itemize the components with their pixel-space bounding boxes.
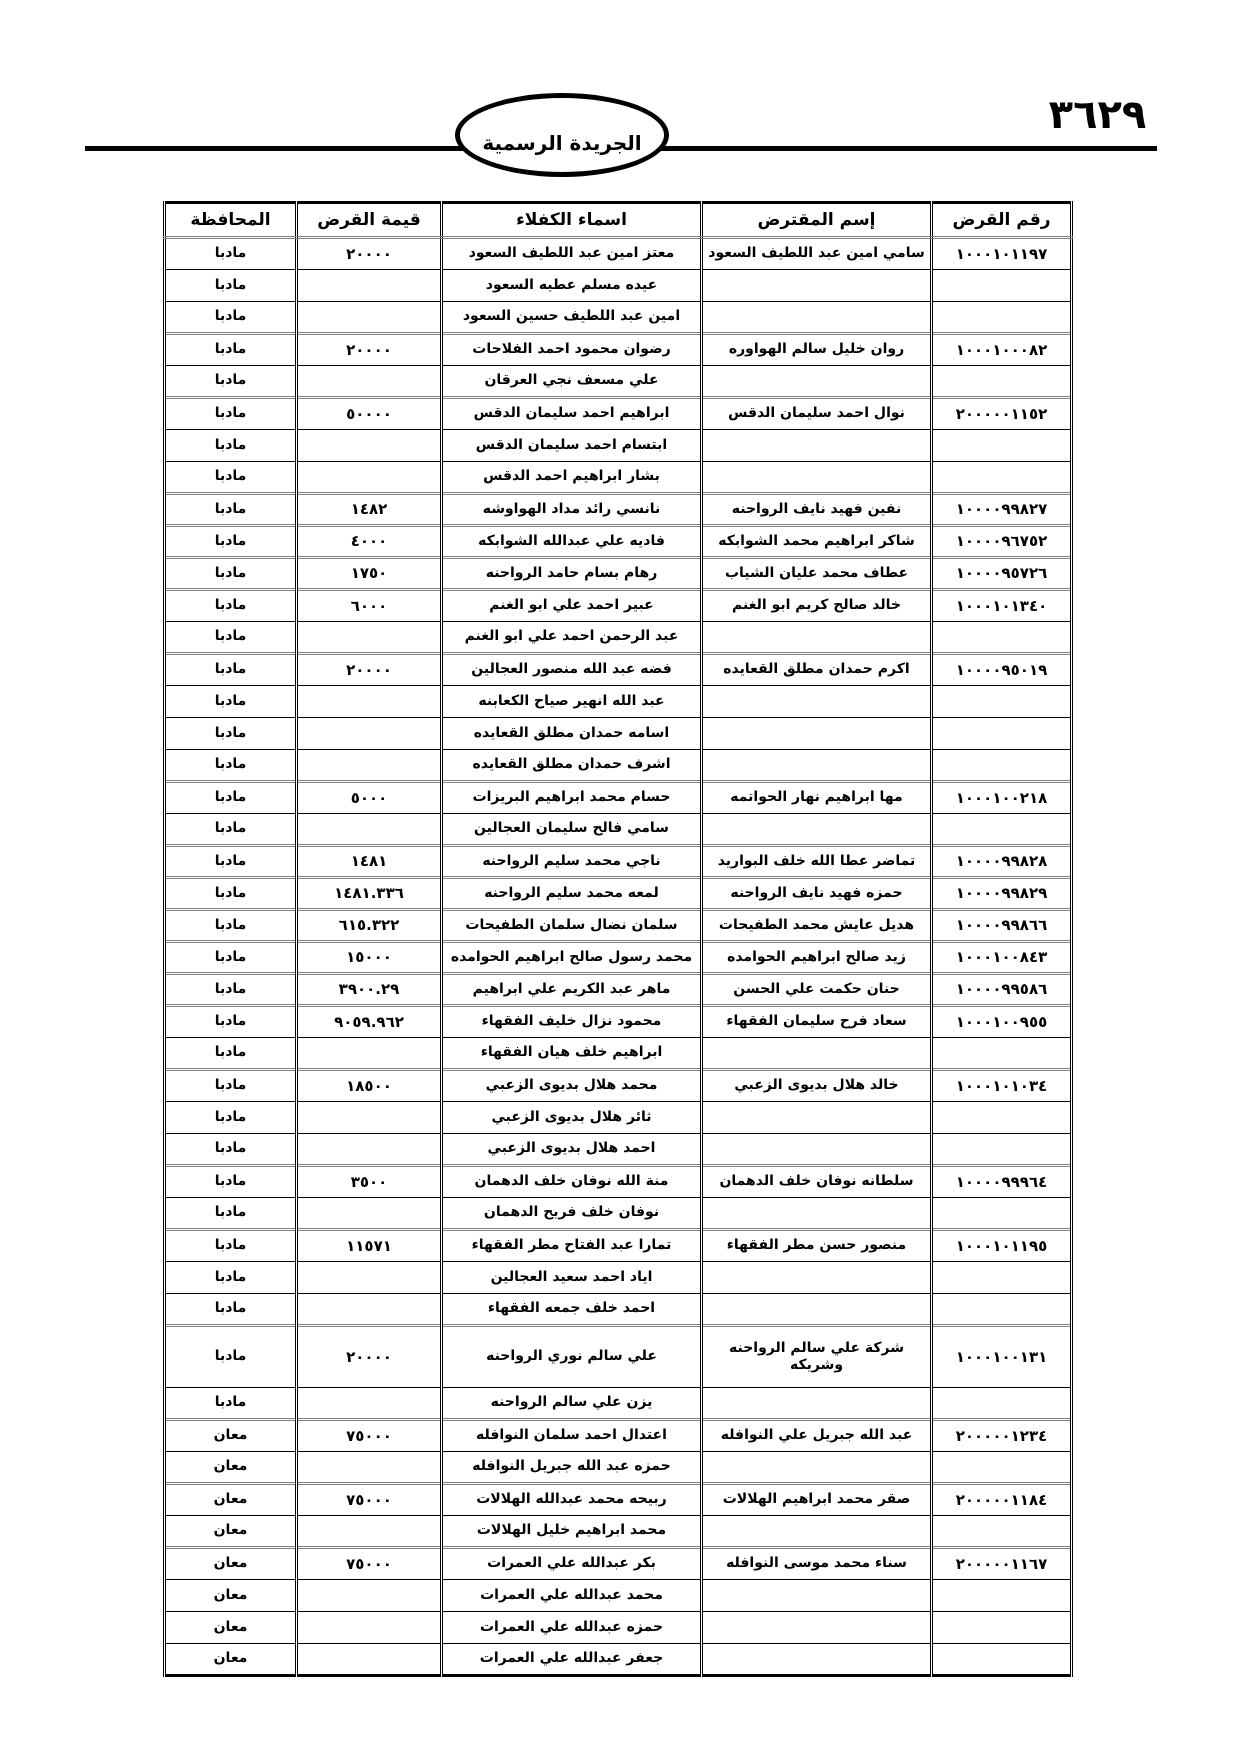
governorate-cell: معان (165, 1548, 297, 1580)
borrower-name-cell: سلطانه نوفان خلف الدهمان (702, 1166, 932, 1198)
loan-amount-cell: ٩٠٥٩.٩٦٢ (297, 1006, 442, 1038)
loan-amount-cell: ٦٠٠٠ (297, 590, 442, 622)
guarantor-name-cell: سامي فالح سليمان العجالين (442, 814, 702, 846)
gazette-page: ٣٦٢٩ الجريدة الرسمية رقم القرض إسم المقت… (0, 0, 1241, 1754)
table-row: ١٠٠٠١٠٠٠٨٢ روان خليل سالم الهواوره رضوان… (165, 334, 1072, 366)
borrower-name-cell (702, 430, 932, 462)
loan-amount-cell (297, 1388, 442, 1420)
table-row: ١٠٠٠٠٩٩٨٦٦ هديل عايش محمد الطفيحات سلمان… (165, 910, 1072, 942)
table-row: ٢٠٠٠٠٠١٢٣٤ عبد الله جبريل علي النوافله ا… (165, 1420, 1072, 1452)
borrower-name-cell (702, 718, 932, 750)
borrower-name-cell: حمزه فهيد نايف الرواحنه (702, 878, 932, 910)
loan-amount-cell (297, 1102, 442, 1134)
governorate-cell: مادبا (165, 1294, 297, 1326)
guarantor-name-cell: منة الله نوفان خلف الدهمان (442, 1166, 702, 1198)
loan-number-cell: ١٠٠٠١٠١١٩٧ (932, 238, 1072, 270)
guarantor-name-cell: محمد رسول صالح ابراهيم الحوامده (442, 942, 702, 974)
governorate-cell: مادبا (165, 1134, 297, 1166)
guarantor-name-cell: محمود نزال خليف الفقهاء (442, 1006, 702, 1038)
guarantor-name-cell: محمد هلال بديوى الزعبي (442, 1070, 702, 1102)
header-row: رقم القرض إسم المقترض اسماء الكفلاء قيمة… (165, 203, 1072, 238)
governorate-cell: مادبا (165, 1006, 297, 1038)
guarantor-name-cell: تمارا عبد الفتاح مطر الفقهاء (442, 1230, 702, 1262)
borrower-name-cell (702, 1198, 932, 1230)
borrower-name-cell (702, 1580, 932, 1612)
borrower-name-cell: تماضر عطا الله خلف البواريد (702, 846, 932, 878)
loan-number-cell (932, 1198, 1072, 1230)
table-row: ١٠٠٠١٠٠٨٤٣ زيد صالح ابراهيم الحوامده محم… (165, 942, 1072, 974)
loan-number-cell: ١٠٠٠١٠٠٢١٨ (932, 782, 1072, 814)
borrower-name-cell (702, 1038, 932, 1070)
table-row: محمد ابراهيم خليل الهلالات معان (165, 1516, 1072, 1548)
borrower-name-cell: سامي امين عبد اللطيف السعود (702, 238, 932, 270)
loan-amount-cell: ٤٠٠٠ (297, 526, 442, 558)
loan-amount-cell: ١٤٨١ (297, 846, 442, 878)
loan-amount-cell: ٧٥٠٠٠ (297, 1548, 442, 1580)
guarantor-name-cell: عبد الرحمن احمد علي ابو الغنم (442, 622, 702, 654)
loan-amount-cell: ٢٠٠٠٠ (297, 1326, 442, 1388)
table-row: ١٠٠٠١٠١١٩٧ سامي امين عبد اللطيف السعود م… (165, 238, 1072, 270)
loan-number-cell (932, 430, 1072, 462)
guarantor-name-cell: عبير احمد علي ابو الغنم (442, 590, 702, 622)
loan-number-cell: ١٠٠٠٠٩٩٨٦٦ (932, 910, 1072, 942)
borrower-name-cell: سناء محمد موسى النوافله (702, 1548, 932, 1580)
governorate-cell: مادبا (165, 974, 297, 1006)
guarantor-name-cell: حسام محمد ابراهيم البريزات (442, 782, 702, 814)
loan-number-cell (932, 1516, 1072, 1548)
table-row: ٢٠٠٠٠٠١١٦٧ سناء محمد موسى النوافله بكر ع… (165, 1548, 1072, 1580)
loan-number-cell (932, 1580, 1072, 1612)
guarantor-name-cell: ابراهيم خلف هيان الفقهاء (442, 1038, 702, 1070)
guarantor-name-cell: جعفر عبدالله علي العمرات (442, 1644, 702, 1676)
governorate-cell: مادبا (165, 1038, 297, 1070)
loan-number-cell: ١٠٠٠١٠٠٠٨٢ (932, 334, 1072, 366)
borrower-name-cell (702, 1262, 932, 1294)
borrower-name-cell: زيد صالح ابراهيم الحوامده (702, 942, 932, 974)
borrower-name-cell: خالد صالح كريم ابو الغنم (702, 590, 932, 622)
table-row: اسامه حمدان مطلق القعايده مادبا (165, 718, 1072, 750)
borrower-name-cell: شاكر ابراهيم محمد الشوابكه (702, 526, 932, 558)
loan-number-cell: ١٠٠٠١٠٠١٣١ (932, 1326, 1072, 1388)
borrower-name-cell (702, 1516, 932, 1548)
table-row: اياد احمد سعيد العجالين مادبا (165, 1262, 1072, 1294)
loan-amount-cell: ١٧٥٠ (297, 558, 442, 590)
table-row: ١٠٠٠٠٩٩٨٢٧ نفين فهيد نايف الرواحنه نانسي… (165, 494, 1072, 526)
borrower-name-cell (702, 1294, 932, 1326)
loan-number-cell: ٢٠٠٠٠٠١٢٣٤ (932, 1420, 1072, 1452)
governorate-cell: مادبا (165, 718, 297, 750)
borrower-name-cell (702, 462, 932, 494)
governorate-cell: مادبا (165, 398, 297, 430)
governorate-cell: مادبا (165, 814, 297, 846)
table-row: علي مسعف نجي العرقان مادبا (165, 366, 1072, 398)
borrower-name-cell: عبد الله جبريل علي النوافله (702, 1420, 932, 1452)
guarantor-name-cell: لمعه محمد سليم الرواحنه (442, 878, 702, 910)
table-row: ١٠٠٠١٠٠٩٥٥ سعاد فرح سليمان الفقهاء محمود… (165, 1006, 1072, 1038)
guarantor-name-cell: اياد احمد سعيد العجالين (442, 1262, 702, 1294)
borrower-name-cell: هديل عايش محمد الطفيحات (702, 910, 932, 942)
col-header-guarantor-names: اسماء الكفلاء (442, 203, 702, 238)
governorate-cell: مادبا (165, 526, 297, 558)
loan-number-cell (932, 1612, 1072, 1644)
loan-amount-cell (297, 462, 442, 494)
table-row: ١٠٠٠٠٩٥٧٢٦ عطاف محمد عليان الشياب رهام ب… (165, 558, 1072, 590)
borrower-name-cell (702, 622, 932, 654)
guarantor-name-cell: احمد خلف جمعه الفقهاء (442, 1294, 702, 1326)
loan-number-cell (932, 366, 1072, 398)
governorate-cell: مادبا (165, 1326, 297, 1388)
table-row: احمد هلال بديوى الزعبي مادبا (165, 1134, 1072, 1166)
table-row: ١٠٠٠٠٩٥٠١٩ اكرم حمدان مطلق القعايده فضه … (165, 654, 1072, 686)
loan-number-cell: ١٠٠٠١٠١٣٤٠ (932, 590, 1072, 622)
governorate-cell: مادبا (165, 270, 297, 302)
borrower-name-cell (702, 270, 932, 302)
table-row: ابراهيم خلف هيان الفقهاء مادبا (165, 1038, 1072, 1070)
table-row: ١٠٠٠٠٩٩٨٢٩ حمزه فهيد نايف الرواحنه لمعه … (165, 878, 1072, 910)
governorate-cell: مادبا (165, 654, 297, 686)
loan-amount-cell (297, 1198, 442, 1230)
loan-number-cell: ١٠٠٠١٠١١٩٥ (932, 1230, 1072, 1262)
loan-number-cell: ١٠٠٠١٠١٠٣٤ (932, 1070, 1072, 1102)
guarantor-name-cell: فاديه علي عبدالله الشوابكه (442, 526, 702, 558)
governorate-cell: مادبا (165, 302, 297, 334)
guarantor-name-cell: سلمان نضال سلمان الطفيحات (442, 910, 702, 942)
guarantor-name-cell: اعتدال احمد سلمان النوافله (442, 1420, 702, 1452)
page-number: ٣٦٢٩ (1040, 92, 1155, 138)
gazette-title: الجريدة الرسمية (482, 115, 641, 155)
loan-amount-cell: ٣٩٠٠.٢٩ (297, 974, 442, 1006)
loan-amount-cell (297, 1452, 442, 1484)
borrower-name-cell: نوال احمد سليمان الدقس (702, 398, 932, 430)
borrower-name-cell: نفين فهيد نايف الرواحنه (702, 494, 932, 526)
table-row: حمزه عبد الله جبريل النوافله معان (165, 1452, 1072, 1484)
loan-amount-cell: ٧٥٠٠٠ (297, 1420, 442, 1452)
guarantor-name-cell: معتز امين عبد اللطيف السعود (442, 238, 702, 270)
table-row: حمزه عبدالله علي العمرات معان (165, 1612, 1072, 1644)
loan-number-cell (932, 462, 1072, 494)
table-row: عيده مسلم عطيه السعود مادبا (165, 270, 1072, 302)
loan-number-cell (932, 814, 1072, 846)
guarantor-name-cell: يزن علي سالم الرواحنه (442, 1388, 702, 1420)
col-header-loan-amount: قيمة القرض (297, 203, 442, 238)
guarantor-name-cell: محمد عبدالله علي العمرات (442, 1580, 702, 1612)
governorate-cell: مادبا (165, 1262, 297, 1294)
borrower-name-cell: خالد هلال بديوى الزعبي (702, 1070, 932, 1102)
governorate-cell: مادبا (165, 878, 297, 910)
gazette-title-badge: الجريدة الرسمية (455, 93, 669, 177)
loan-number-cell (932, 622, 1072, 654)
table-row: ٢٠٠٠٠٠١١٥٢ نوال احمد سليمان الدقس ابراهي… (165, 398, 1072, 430)
table-row: محمد عبدالله علي العمرات معان (165, 1580, 1072, 1612)
governorate-cell: مادبا (165, 750, 297, 782)
loan-amount-cell (297, 750, 442, 782)
col-header-borrower-name: إسم المقترض (702, 203, 932, 238)
guarantor-name-cell: ثائر هلال بديوى الزعبي (442, 1102, 702, 1134)
governorate-cell: مادبا (165, 558, 297, 590)
governorate-cell: مادبا (165, 622, 297, 654)
guarantor-name-cell: اسامه حمدان مطلق القعايده (442, 718, 702, 750)
table-row: اشرف حمدان مطلق القعايده مادبا (165, 750, 1072, 782)
governorate-cell: مادبا (165, 238, 297, 270)
governorate-cell: معان (165, 1452, 297, 1484)
loan-amount-cell (297, 1516, 442, 1548)
loan-number-cell: ١٠٠٠٠٩٩٥٨٦ (932, 974, 1072, 1006)
table-row: احمد خلف جمعه الفقهاء مادبا (165, 1294, 1072, 1326)
guarantor-name-cell: حمزه عبدالله علي العمرات (442, 1612, 702, 1644)
table-row: ١٠٠٠١٠١٣٤٠ خالد صالح كريم ابو الغنم عبير… (165, 590, 1072, 622)
borrower-name-cell (702, 1452, 932, 1484)
governorate-cell: مادبا (165, 462, 297, 494)
loan-number-cell (932, 750, 1072, 782)
table-row: عبد الرحمن احمد علي ابو الغنم مادبا (165, 622, 1072, 654)
borrower-name-cell (702, 750, 932, 782)
borrower-name-cell (702, 1612, 932, 1644)
borrower-name-cell (702, 814, 932, 846)
guarantor-name-cell: رهام بسام حامد الرواحنه (442, 558, 702, 590)
loan-number-cell (932, 1388, 1072, 1420)
guarantor-name-cell: ابراهيم احمد سليمان الدقس (442, 398, 702, 430)
loan-number-cell (932, 1134, 1072, 1166)
loan-number-cell: ١٠٠٠٠٩٥٠١٩ (932, 654, 1072, 686)
loan-amount-cell (297, 718, 442, 750)
borrower-name-cell: شركة علي سالم الرواحنه وشريكه (702, 1326, 932, 1388)
loan-number-cell: ١٠٠٠١٠٠٩٥٥ (932, 1006, 1072, 1038)
loan-amount-cell (297, 1580, 442, 1612)
governorate-cell: معان (165, 1580, 297, 1612)
loan-amount-cell (297, 1134, 442, 1166)
loan-amount-cell: ٢٠٠٠٠ (297, 334, 442, 366)
governorate-cell: مادبا (165, 1230, 297, 1262)
loan-amount-cell: ١١٥٧١ (297, 1230, 442, 1262)
governorate-cell: مادبا (165, 1166, 297, 1198)
governorate-cell: مادبا (165, 1198, 297, 1230)
loan-number-cell: ١٠٠٠٠٩٩٨٢٧ (932, 494, 1072, 526)
guarantor-name-cell: حمزه عبد الله جبريل النوافله (442, 1452, 702, 1484)
loan-amount-cell: ٥٠٠٠٠ (297, 398, 442, 430)
table-row: ١٠٠٠١٠٠٢١٨ مها ابراهيم نهار الحواتمه حسا… (165, 782, 1072, 814)
guarantor-name-cell: عيده مسلم عطيه السعود (442, 270, 702, 302)
borrower-name-cell (702, 1644, 932, 1676)
borrower-name-cell (702, 1134, 932, 1166)
guarantor-name-cell: بكر عبدالله علي العمرات (442, 1548, 702, 1580)
borrower-name-cell: مها ابراهيم نهار الحواتمه (702, 782, 932, 814)
borrower-name-cell (702, 686, 932, 718)
governorate-cell: معان (165, 1612, 297, 1644)
loan-amount-cell (297, 686, 442, 718)
guarantor-name-cell: رضوان محمود احمد الفلاحات (442, 334, 702, 366)
guarantor-name-cell: ماهر عبد الكريم علي ابراهيم (442, 974, 702, 1006)
table-row: ١٠٠٠١٠٠١٣١ شركة علي سالم الرواحنه وشريكه… (165, 1326, 1072, 1388)
guarantor-name-cell: فضه عبد الله منصور العجالين (442, 654, 702, 686)
loan-number-cell (932, 1644, 1072, 1676)
loan-number-cell: ١٠٠٠٠٩٩٨٢٨ (932, 846, 1072, 878)
loan-amount-cell: ٢٠٠٠٠ (297, 654, 442, 686)
loan-amount-cell (297, 430, 442, 462)
governorate-cell: مادبا (165, 430, 297, 462)
governorate-cell: معان (165, 1644, 297, 1676)
governorate-cell: مادبا (165, 494, 297, 526)
loan-amount-cell: ٢٠٠٠٠ (297, 238, 442, 270)
borrower-name-cell (702, 302, 932, 334)
table-row: ١٠٠٠٠٩٦٧٥٢ شاكر ابراهيم محمد الشوابكه فا… (165, 526, 1072, 558)
governorate-cell: مادبا (165, 1102, 297, 1134)
loan-number-cell: ٢٠٠٠٠٠١١٦٧ (932, 1548, 1072, 1580)
guarantor-name-cell: امين عبد اللطيف حسين السعود (442, 302, 702, 334)
table-row: نوفان خلف فريح الدهمان مادبا (165, 1198, 1072, 1230)
governorate-cell: مادبا (165, 590, 297, 622)
table-row: ١٠٠٠١٠١١٩٥ منصور حسن مطر الفقهاء تمارا ع… (165, 1230, 1072, 1262)
guarantor-name-cell: علي سالم نوري الرواحنه (442, 1326, 702, 1388)
loan-amount-cell: ١٤٨١.٣٣٦ (297, 878, 442, 910)
loan-number-cell: ١٠٠٠٠٩٩٩٦٤ (932, 1166, 1072, 1198)
loan-amount-cell (297, 302, 442, 334)
borrower-name-cell: اكرم حمدان مطلق القعايده (702, 654, 932, 686)
governorate-cell: مادبا (165, 1070, 297, 1102)
borrower-name-cell: عطاف محمد عليان الشياب (702, 558, 932, 590)
loan-amount-cell (297, 1038, 442, 1070)
table-row: ٢٠٠٠٠٠١١٨٤ صقر محمد ابراهيم الهلالات ربي… (165, 1484, 1072, 1516)
loan-number-cell (932, 718, 1072, 750)
col-header-loan-number: رقم القرض (932, 203, 1072, 238)
loan-amount-cell: ٣٥٠٠ (297, 1166, 442, 1198)
guarantor-name-cell: ابتسام احمد سليمان الدقس (442, 430, 702, 462)
guarantor-name-cell: اشرف حمدان مطلق القعايده (442, 750, 702, 782)
loans-table: رقم القرض إسم المقترض اسماء الكفلاء قيمة… (163, 201, 1073, 1677)
governorate-cell: مادبا (165, 334, 297, 366)
loan-number-cell (932, 302, 1072, 334)
loan-amount-cell: ٥٠٠٠ (297, 782, 442, 814)
borrower-name-cell (702, 366, 932, 398)
loan-amount-cell (297, 1644, 442, 1676)
table-row: سامي فالح سليمان العجالين مادبا (165, 814, 1072, 846)
loan-amount-cell: ١٤٨٢ (297, 494, 442, 526)
governorate-cell: مادبا (165, 782, 297, 814)
loan-amount-cell (297, 366, 442, 398)
guarantor-name-cell: محمد ابراهيم خليل الهلالات (442, 1516, 702, 1548)
guarantor-name-cell: نانسي رائد مداد الهواوشه (442, 494, 702, 526)
guarantor-name-cell: بشار ابراهيم احمد الدقس (442, 462, 702, 494)
loan-number-cell: ٢٠٠٠٠٠١١٥٢ (932, 398, 1072, 430)
governorate-cell: مادبا (165, 686, 297, 718)
guarantor-name-cell: ربيحه محمد عبدالله الهلالات (442, 1484, 702, 1516)
loan-number-cell (932, 1262, 1072, 1294)
table-row: عبد الله انهير صياح الكعابنه مادبا (165, 686, 1072, 718)
guarantor-name-cell: ناجي محمد سليم الرواحنه (442, 846, 702, 878)
governorate-cell: معان (165, 1484, 297, 1516)
loan-amount-cell: ١٥٠٠٠ (297, 942, 442, 974)
borrower-name-cell: حنان حكمت علي الحسن (702, 974, 932, 1006)
loan-amount-cell (297, 622, 442, 654)
governorate-cell: مادبا (165, 846, 297, 878)
table-row: جعفر عبدالله علي العمرات معان (165, 1644, 1072, 1676)
governorate-cell: مادبا (165, 1388, 297, 1420)
table-row: يزن علي سالم الرواحنه مادبا (165, 1388, 1072, 1420)
table-row: امين عبد اللطيف حسين السعود مادبا (165, 302, 1072, 334)
governorate-cell: مادبا (165, 910, 297, 942)
table-row: ١٠٠٠٠٩٩٩٦٤ سلطانه نوفان خلف الدهمان منة … (165, 1166, 1072, 1198)
table-row: ١٠٠٠٠٩٩٥٨٦ حنان حكمت علي الحسن ماهر عبد … (165, 974, 1072, 1006)
table-row: ١٠٠٠٠٩٩٨٢٨ تماضر عطا الله خلف البواريد ن… (165, 846, 1072, 878)
governorate-cell: مادبا (165, 942, 297, 974)
loan-number-cell (932, 270, 1072, 302)
table-row: ثائر هلال بديوى الزعبي مادبا (165, 1102, 1072, 1134)
table-row: ١٠٠٠١٠١٠٣٤ خالد هلال بديوى الزعبي محمد ه… (165, 1070, 1072, 1102)
guarantor-name-cell: عبد الله انهير صياح الكعابنه (442, 686, 702, 718)
table-row: بشار ابراهيم احمد الدقس مادبا (165, 462, 1072, 494)
loan-number-cell: ١٠٠٠٠٩٦٧٥٢ (932, 526, 1072, 558)
loan-amount-cell: ٦١٥.٣٢٢ (297, 910, 442, 942)
loan-number-cell (932, 686, 1072, 718)
guarantor-name-cell: علي مسعف نجي العرقان (442, 366, 702, 398)
loan-number-cell (932, 1452, 1072, 1484)
loan-amount-cell (297, 1294, 442, 1326)
loan-number-cell: ١٠٠٠١٠٠٨٤٣ (932, 942, 1072, 974)
governorate-cell: معان (165, 1516, 297, 1548)
loans-table-body: ١٠٠٠١٠١١٩٧ سامي امين عبد اللطيف السعود م… (165, 238, 1072, 1676)
governorate-cell: معان (165, 1420, 297, 1452)
loan-number-cell (932, 1294, 1072, 1326)
loan-amount-cell: ٧٥٠٠٠ (297, 1484, 442, 1516)
borrower-name-cell: صقر محمد ابراهيم الهلالات (702, 1484, 932, 1516)
loan-number-cell: ١٠٠٠٠٩٥٧٢٦ (932, 558, 1072, 590)
loan-number-cell: ٢٠٠٠٠٠١١٨٤ (932, 1484, 1072, 1516)
loan-amount-cell (297, 1262, 442, 1294)
guarantor-name-cell: احمد هلال بديوى الزعبي (442, 1134, 702, 1166)
borrower-name-cell: منصور حسن مطر الفقهاء (702, 1230, 932, 1262)
loan-number-cell (932, 1038, 1072, 1070)
loan-amount-cell (297, 1612, 442, 1644)
col-header-governorate: المحافظة (165, 203, 297, 238)
borrower-name-cell (702, 1388, 932, 1420)
loan-amount-cell (297, 270, 442, 302)
borrower-name-cell: روان خليل سالم الهواوره (702, 334, 932, 366)
table-row: ابتسام احمد سليمان الدقس مادبا (165, 430, 1072, 462)
governorate-cell: مادبا (165, 366, 297, 398)
loan-amount-cell (297, 814, 442, 846)
borrower-name-cell (702, 1102, 932, 1134)
loan-number-cell (932, 1102, 1072, 1134)
loan-amount-cell: ١٨٥٠٠ (297, 1070, 442, 1102)
borrower-name-cell: سعاد فرح سليمان الفقهاء (702, 1006, 932, 1038)
guarantor-name-cell: نوفان خلف فريح الدهمان (442, 1198, 702, 1230)
loan-number-cell: ١٠٠٠٠٩٩٨٢٩ (932, 878, 1072, 910)
